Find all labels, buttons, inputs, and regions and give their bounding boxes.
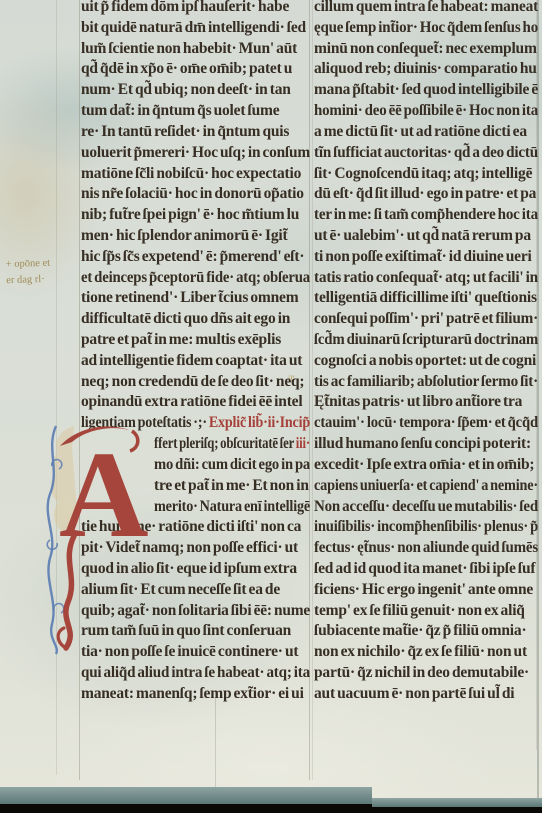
body-text: bit quidē naturā dm̄ intelligendi· ſed <box>81 19 306 36</box>
body-text: lum̃ ſcientie non habebit· Mun' aūt <box>81 40 297 57</box>
body-text: neq; non credendū de ſe deo ſit· neq; <box>81 373 304 390</box>
body-text: excedit· Ipſe extra om̄ia· et in om̄ib; <box>314 456 534 473</box>
manuscript-line: uoluerit p̃mereri· Hoc uſq; in conſum <box>81 143 310 164</box>
manuscript-line: mana p̃ſtabit· ſed quod intelligibile ē <box>314 80 538 101</box>
body-text: tĩn ſufficiat auctoritas· qd̃ a deo dict… <box>314 144 538 161</box>
body-text: ęque ſemp int̃ior· Hoc q̃dem ſenſus ho <box>314 19 538 36</box>
manuscript-line: opinandū extra ratiōne fidei ēē intel <box>81 392 310 413</box>
text-column-right: cillum quem intra ſe habeat: maneatęque … <box>314 0 538 709</box>
manuscript-line: ſed ad id quod ita manet· ſibi ipſe ſuf <box>314 559 538 580</box>
manuscript-line: non ex nichilo· q̃z ex ſe filiū· non ut <box>314 642 538 663</box>
body-text: mo dñi: cum dicit ego in pa <box>154 456 310 473</box>
body-text: ut ē· ualebim'· ut qd̃ natā rerum pa <box>314 227 531 244</box>
body-text: capiens uniuerſa· et capiend' a nemine· <box>314 477 538 494</box>
body-text: Ęt̃nitas patris· ut libro ant̃iore tra <box>314 393 522 410</box>
page-bottom-edge-right <box>372 798 542 807</box>
manuscript-line: cognoſci a nobis oportet: ut de cogni <box>314 351 538 372</box>
manuscript-line: tis ac familiarib; abſolutior ſermo ſit· <box>314 372 538 393</box>
rubric-text: iii· <box>296 435 310 452</box>
manuscript-line: tĩn ſufficiat auctoritas· qd̃ a deo dict… <box>314 143 538 164</box>
body-text: ter in me: ſi tam̃ comp̃hendere hoc ita <box>314 206 538 223</box>
manuscript-line: aut uacuum ē· non partē ſui ul̃ di <box>314 684 538 705</box>
manuscript-line: maneat: manenſq; ſemp ext̃ior· ei ui <box>81 684 310 705</box>
manuscript-line: tum dat̃: in q̃ntum q̃s uolet ſume <box>81 101 310 122</box>
body-text: ſcd̃m diuinarū ſcripturarū doctrinam <box>314 331 538 348</box>
ruling-line-gutter-right <box>312 0 313 780</box>
body-text: inuiſibilis· incomp̃henſibilis· plenus· … <box>314 518 538 535</box>
manuscript-line: difficultatē dicti quo dñs ait ego in <box>81 309 310 330</box>
manuscript-line: fectus· ęt̃nus· non aliunde quid ſumēs <box>314 538 538 559</box>
body-text: Non acceſſu· deceſſu ue mutabilis· ſed <box>314 498 538 515</box>
manuscript-line: ęque ſemp int̃ior· Hoc q̃dem ſenſus ho <box>314 18 538 39</box>
body-text: ffert pleriſq; obſcuritatē ſer <box>154 435 296 452</box>
body-text: merito· Natura enī intelligē <box>154 498 310 515</box>
manuscript-line: homini· deo ēē poſſibile ē· Hoc non ita <box>314 101 538 122</box>
body-text: temp' ex ſe filiū genuit· non ex aliq̃ <box>314 602 525 619</box>
page-bottom-edge-left <box>0 787 372 804</box>
manuscript-line: ti non poſſe exiſtimat̃· id diuine ueri <box>314 247 538 268</box>
manuscript-line: illud humano ſenſu concipi poterit: <box>314 434 538 455</box>
manuscript-line: nis nr̃e ſolaciū· hoc in donorū op̃atio <box>81 184 310 205</box>
body-text: telligentiā difficillime iſti' queſtioni… <box>314 289 537 306</box>
manuscript-line: ſcd̃m diuinarū ſcripturarū doctrinam <box>314 330 538 351</box>
manuscript-line: qd̃ q̃dē in xp̃o ē· om̄e om̄ib; patet u <box>81 59 310 80</box>
manuscript-line: ſubiacente mat̃ie· q̃z p̃ filiū omnia· <box>314 621 538 642</box>
body-text: conſequi poſſim'· pri' patrē et filium· <box>314 310 538 327</box>
body-text: patre et pat̃ in me: multis exēplis <box>81 331 281 348</box>
manuscript-line: nib; fut̃re ſpei pign' ē· hoc m̃tium lu <box>81 205 310 226</box>
body-text: aliquod reb; diuinis· comparatio hu <box>314 60 537 77</box>
body-text: nis nr̃e ſolaciū· hoc in donorū op̃atio <box>81 185 304 202</box>
manuscript-line: conſequi poſſim'· pri' patrē et filium· <box>314 309 538 330</box>
manuscript-line: Ęt̃nitas patris· ut libro ant̃iore tra <box>314 392 538 413</box>
body-text: uit p̃ fidem dōm ipſ hauſerit· habe <box>81 0 289 15</box>
manuscript-line: neq; non credendū de ſe deo ſit· neq; <box>81 372 310 393</box>
body-text: homini· deo ēē poſſibile ē· Hoc non ita <box>314 102 538 119</box>
manuscript-line: tione retinend'· Liber t̃cius omnem <box>81 288 310 309</box>
body-text: aut uacuum ē· non partē ſui ul̃ di <box>314 685 514 702</box>
margin-note: + opōne et er dag rl· <box>5 255 76 289</box>
manuscript-line: excedit· Ipſe extra om̄ia· et in om̄ib; <box>314 455 538 476</box>
manuscript-line: bit quidē naturā dm̄ intelligendi· ſed <box>81 18 310 39</box>
manuscript-line: et deinceps p̃ceptorū fide· atq; obſerua <box>81 268 310 289</box>
rubric-text: Explic̃ lib̃·ii·Incip̃ <box>209 414 310 431</box>
body-text: partū· q̃z nichil in deo demutabile· <box>314 664 529 681</box>
manuscript-line: num· Et qd̃ ubiq; non deeſt· in tan <box>81 80 310 101</box>
manuscript-line: ctauim'· locū· tempora· ſp̃em· et q̃cq̃d <box>314 413 538 434</box>
manuscript-line: re· In tantū reſidet· in q̃ntum quis <box>81 122 310 143</box>
manuscript-line: hic ſp̃s ſc̃s expetend' ē: p̃merend' eſt… <box>81 247 310 268</box>
body-text: et deinceps p̃ceptorū fide· atq; obſerua <box>81 269 310 286</box>
body-text: tione retinend'· Liber t̃cius omnem <box>81 289 298 306</box>
body-text: ficiens· Hic ergo ingenit' ante omne <box>314 581 533 598</box>
manuscript-line: tatis ratio conſequat̃· atq; ut facili' … <box>314 268 538 289</box>
body-text: cognoſci a nobis oportet: ut de cogni <box>314 352 536 369</box>
body-text: illud humano ſenſu concipi poterit: <box>314 435 531 452</box>
body-text: ſubiacente mat̃ie· q̃z p̃ filiū omnia· <box>314 622 526 639</box>
body-text: mana p̃ſtabit· ſed quod intelligibile ē <box>314 81 538 98</box>
manuscript-line: partū· q̃z nichil in deo demutabile· <box>314 663 538 684</box>
body-text: a me dictū ſit· ut ad ratiōne dicti ea <box>314 123 527 140</box>
manuscript-line: capiens uniuerſa· et capiend' a nemine· <box>314 476 538 497</box>
body-text: hic ſp̃s ſc̃s expetend' ē: p̃merend' eſt… <box>81 248 304 265</box>
body-text: qd̃ q̃dē in xp̃o ē· om̄e om̄ib; patet u <box>81 60 292 77</box>
body-text: maneat: manenſq; ſemp ext̃ior· ei ui <box>81 685 304 702</box>
manuscript-line: lum̃ ſcientie non habebit· Mun' aūt <box>81 39 310 60</box>
manuscript-line: dū eſt· q̃d ſit illud· ego in patre· et … <box>314 184 538 205</box>
decorated-initial: A <box>44 418 164 656</box>
manuscript-line: ad intelligentie fidem coaptat· ita ut <box>81 351 310 372</box>
body-text: dū eſt· q̃d ſit illud· ego in patre· et … <box>314 185 536 202</box>
manuscript-line: uit p̃ fidem dōm ipſ hauſerit· habe <box>81 0 310 18</box>
manuscript-line: ficiens· Hic ergo ingenit' ante omne <box>314 580 538 601</box>
body-text: difficultatē dicti quo dñs ait ego in <box>81 310 290 327</box>
body-text: ti non poſſe exiſtimat̃· id diuine ueri <box>314 248 532 265</box>
body-text: ſed ad id quod ita manet· ſibi ipſe ſuf <box>314 560 535 577</box>
manuscript-line: aliquod reb; diuinis· comparatio hu <box>314 59 538 80</box>
body-text: tatis ratio conſequat̃· atq; ut facili' … <box>314 269 538 286</box>
manuscript-line: ſit· Cognoſcendū itaq; atq; intelligē <box>314 164 538 185</box>
manuscript-line: a me dictū ſit· ut ad ratiōne dicti ea <box>314 122 538 143</box>
manuscript-line: patre et pat̃ in me: multis exēplis <box>81 330 310 351</box>
body-text: tum dat̃: in q̃ntum q̃s uolet ſume <box>81 102 279 119</box>
body-text: uoluerit p̃mereri· Hoc uſq; in conſum <box>81 144 310 161</box>
ruling-line-left-col-start <box>79 0 80 780</box>
body-text: cillum quem intra ſe habeat: maneat <box>314 0 538 15</box>
manuscript-line: temp' ex ſe filiū genuit· non ex aliq̃ <box>314 601 538 622</box>
body-text: ſit· Cognoſcendū itaq; atq; intelligē <box>314 165 532 182</box>
manuscript-line: inuiſibilis· incomp̃henſibilis· plenus· … <box>314 517 538 538</box>
manuscript-photo: + opōne et er dag rl· il' uit p̃ fidem d… <box>0 0 542 813</box>
manuscript-line: cillum quem intra ſe habeat: maneat <box>314 0 538 18</box>
manuscript-line: minū non conſequet̃: nec exemplum <box>314 39 538 60</box>
manuscript-line: telligentiā difficillime iſti' queſtioni… <box>314 288 538 309</box>
body-text: nib; fut̃re ſpei pign' ē· hoc m̃tium lu <box>81 206 299 223</box>
manuscript-line: matiōne ſc̃li nobiſcū· hoc expectatio <box>81 164 310 185</box>
body-text: minū non conſequet̃: nec exemplum <box>314 40 537 57</box>
body-text: non ex nichilo· q̃z ex ſe filiū· non ut <box>314 643 527 660</box>
body-text: ad intelligentie fidem coaptat· ita ut <box>81 352 302 369</box>
body-text: opinandū extra ratiōne fidei ēē intel <box>81 393 302 410</box>
body-text: tre et pat̃ in me· Et non in <box>154 477 309 494</box>
manuscript-line: ter in me: ſi tam̃ comp̃hendere hoc ita <box>314 205 538 226</box>
manuscript-line: men· hic ſplendor animorū ē· Igit̃ <box>81 226 310 247</box>
margin-note-line2: er dag rl· <box>6 271 77 289</box>
body-text: num· Et qd̃ ubiq; non deeſt· in tan <box>81 81 291 98</box>
ruling-line-margin <box>56 0 57 775</box>
body-text: qui aliq̃d aliud intra ſe habeat· atq; i… <box>81 664 310 681</box>
body-text: re· In tantū reſidet· in q̃ntum quis <box>81 123 289 140</box>
body-text: matiōne ſc̃li nobiſcū· hoc expectatio <box>81 165 301 182</box>
body-text: ctauim'· locū· tempora· ſp̃em· et q̃cq̃d <box>314 414 538 431</box>
manuscript-line: qui aliq̃d aliud intra ſe habeat· atq; i… <box>81 663 310 684</box>
body-text: tis ac familiarib; abſolutior ſermo ſit· <box>314 373 538 390</box>
manuscript-line: Non acceſſu· deceſſu ue mutabilis· ſed <box>314 497 538 518</box>
manuscript-line: ut ē· ualebim'· ut qd̃ natā rerum pa <box>314 226 538 247</box>
body-text: fectus· ęt̃nus· non aliunde quid ſumēs <box>314 539 538 556</box>
body-text: men· hic ſplendor animorū ē· Igit̃ <box>81 227 288 244</box>
